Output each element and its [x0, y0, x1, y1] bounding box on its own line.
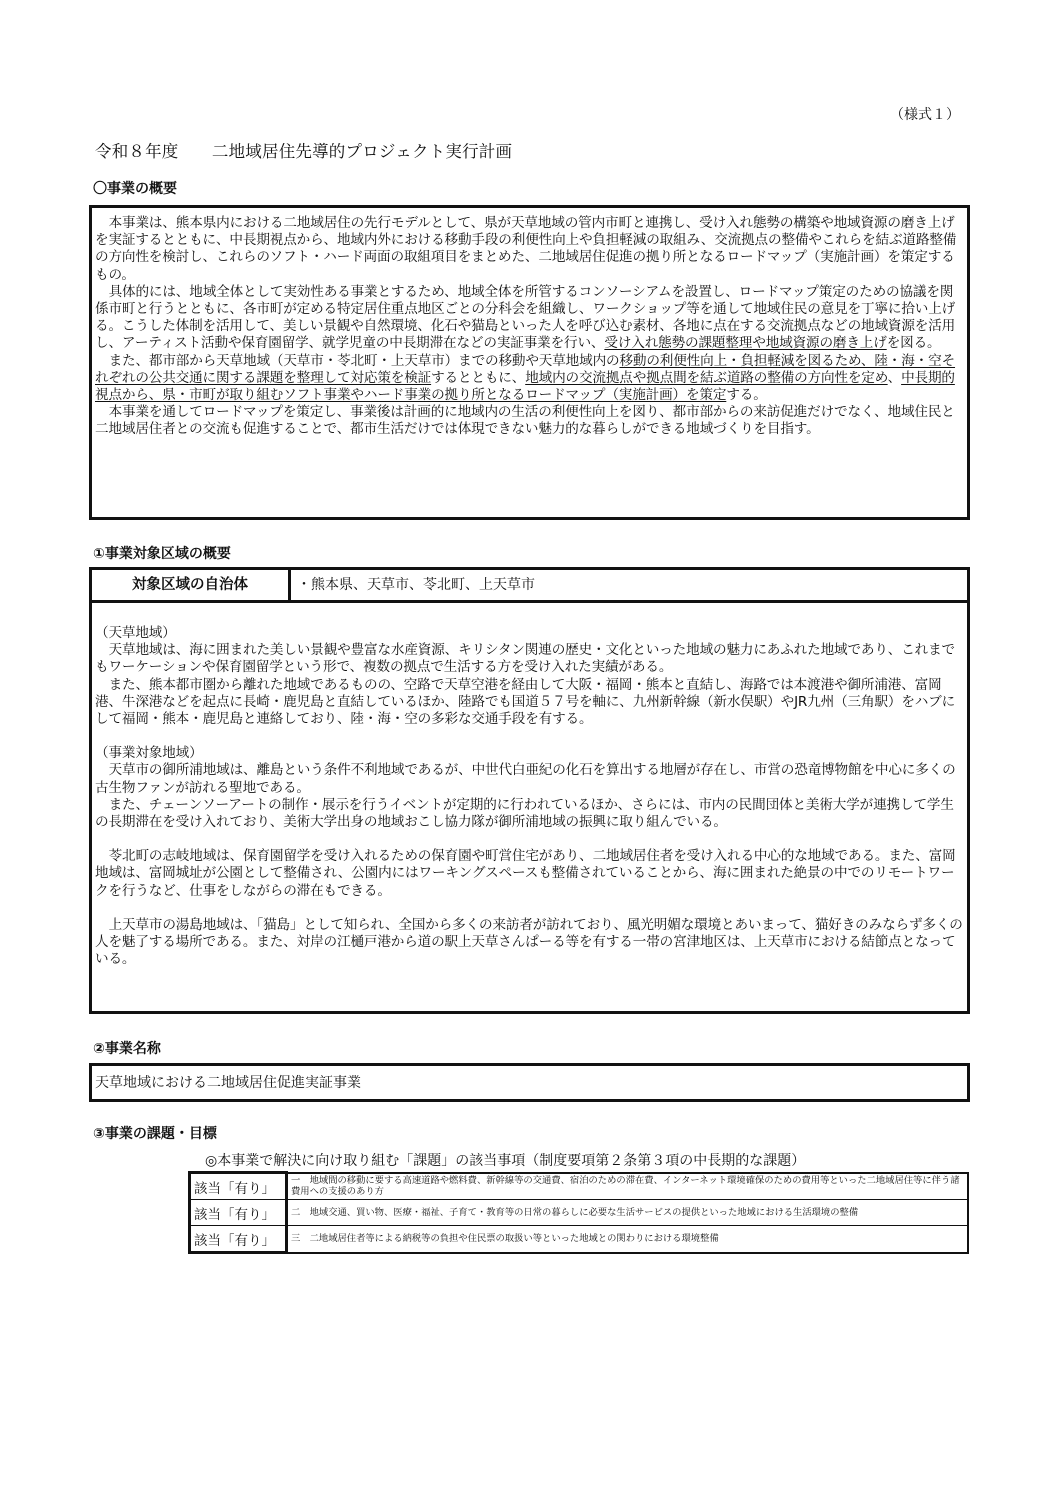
region-paragraph: 上天草市の湯島地域は、「猫島」として知られ、全国から多くの来訪者が訪れており、風…	[95, 917, 964, 969]
region-paragraph: また、チェーンソーアートの制作・展示を行うイベントが定期的に行われているほか、さ…	[95, 797, 964, 831]
overview-paragraph: 具体的には、地域全体として実効性ある事業とするため、地域全体を所管するコンソーシ…	[95, 284, 964, 353]
region-paragraph: 天草地域は、海に囲まれた美しい景観や豊富な水産資源、キリシタン関連の歴史・文化と…	[95, 642, 964, 676]
issue-status: 該当「有り」	[190, 1226, 287, 1253]
issue-row: 該当「有り」 二 地域交通、買い物、医療・福祉、子育て・教育等の日常の暮らしに必…	[190, 1200, 969, 1226]
form-number: （様式１）	[890, 104, 960, 124]
issue-status: 該当「有り」	[190, 1200, 287, 1226]
region-block-target: （事業対象地域） 天草市の御所浦地域は、離島という条件不利地域であるが、中世代白…	[95, 745, 964, 831]
region-heading: ①事業対象区域の概要	[93, 543, 231, 563]
overview-paragraph: 本事業を通してロードマップを策定し、事業後は計画的に地域内の生活の利便性向上を図…	[95, 404, 964, 438]
text-segment: 本事業を通してロードマップを策定し、事業後は計画的に地域内の生活の利便性向上を図…	[95, 404, 955, 437]
region-paragraph: 天草市の御所浦地域は、離島という条件不利地域であるが、中世代白亜紀の化石を算出す…	[95, 762, 964, 796]
issue-description: 二 地域交通、買い物、医療・福祉、子育て・教育等の日常の暮らしに必要な生活サービ…	[287, 1200, 969, 1226]
text-segment: するとともに、	[431, 370, 525, 386]
issues-table: 該当「有り」 一 地域間の移動に要する高速道路や燃料費、新幹線等の交通費、宿泊の…	[188, 1171, 969, 1254]
text-segment: 、	[888, 370, 901, 386]
project-name-value: 天草地域における二地域居住促進実証事業	[95, 1075, 361, 1091]
region-paragraph: また、熊本都市圏から離れた地域であるものの、空路で天草空港を経由して大阪・福岡・…	[95, 677, 964, 729]
region-block-kamiamakusa: 上天草市の湯島地域は、「猫島」として知られ、全国から多くの来訪者が訪れており、風…	[95, 917, 964, 969]
underlined-text: 受け入れ態勢の課題整理や地域資源の磨き上げ	[604, 335, 886, 351]
project-name-box: 天草地域における二地域居住促進実証事業	[89, 1063, 970, 1102]
region-block-amakusa: （天草地域） 天草地域は、海に囲まれた美しい景観や豊富な水産資源、キリシタン関連…	[95, 625, 964, 728]
issue-row: 該当「有り」 三 二地域居住者等による納税等の負担や住民票の取扱い等といった地域…	[190, 1226, 969, 1253]
region-paragraph: 苓北町の志岐地域は、保育園留学を受け入れるための保育園や町営住宅があり、二地域居…	[95, 848, 964, 900]
region-subheading: （天草地域）	[95, 625, 964, 642]
overview-paragraph: 本事業は、熊本県内における二地域居住の先行モデルとして、県が天草地域の管内市町と…	[95, 215, 964, 284]
region-description: （天草地域） 天草地域は、海に囲まれた美しい景観や豊富な水産資源、キリシタン関連…	[95, 625, 964, 985]
underlined-text: 地域内の交流拠点や拠点間を結ぶ道路の整備の方向性を定め	[525, 370, 887, 386]
text-segment: 本事業は、熊本県内における二地域居住の先行モデルとして、県が天草地域の管内市町と…	[95, 215, 956, 283]
issues-heading: ③事業の課題・目標	[93, 1123, 217, 1143]
issue-description: 一 地域間の移動に要する高速道路や燃料費、新幹線等の交通費、宿泊のための滞在費、…	[287, 1173, 969, 1200]
overview-paragraph: また、都市部から天草地域（天草市・苓北町・上天草市）までの移動や天草地域内の移動…	[95, 353, 964, 405]
text-segment: また、都市部から天草地域（天草市・苓北町・上天草市）までの移動や天草地域内の	[109, 353, 620, 369]
issue-description: 三 二地域居住者等による納税等の負担や住民票の取扱い等といった地域との関わりにお…	[287, 1226, 969, 1253]
overview-box: 本事業は、熊本県内における二地域居住の先行モデルとして、県が天草地域の管内市町と…	[89, 205, 970, 520]
issues-note: ◎本事業で解決に向け取り組む「課題」の該当事項（制度要項第２条第３項の中長期的な…	[205, 1150, 805, 1170]
text-segment: する。	[726, 387, 766, 403]
project-name-heading: ②事業名称	[93, 1038, 161, 1058]
municipalities-row: 対象区域の自治体 ・熊本県、天草市、苓北町、上天草市	[92, 570, 967, 603]
document-title: 令和８年度 二地域居住先導的プロジェクト実行計画	[95, 138, 512, 162]
region-block-reihoku: 苓北町の志岐地域は、保育園留学を受け入れるための保育園や町営住宅があり、二地域居…	[95, 848, 964, 900]
region-table: 対象区域の自治体 ・熊本県、天草市、苓北町、上天草市 （天草地域） 天草地域は、…	[89, 567, 970, 1014]
issue-row: 該当「有り」 一 地域間の移動に要する高速道路や燃料費、新幹線等の交通費、宿泊の…	[190, 1173, 969, 1200]
text-segment: を図る。	[887, 335, 941, 351]
issue-status: 該当「有り」	[190, 1173, 287, 1200]
municipalities-value: ・熊本県、天草市、苓北町、上天草市	[291, 570, 535, 600]
municipalities-label: 対象区域の自治体	[92, 570, 291, 600]
region-subheading: （事業対象地域）	[95, 745, 964, 762]
overview-heading: 〇事業の概要	[93, 178, 177, 198]
